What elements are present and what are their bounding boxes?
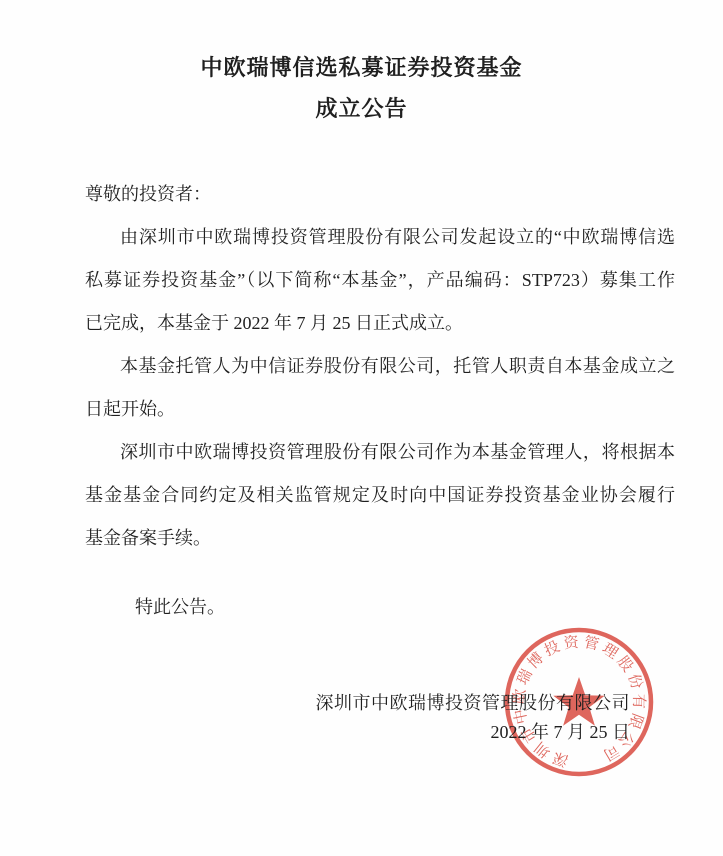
paragraph-line: 私募证券投资基金”（以下简称“本基金”，产品编码：STP723）募集工作	[85, 259, 675, 302]
paragraph-line: 本基金托管人为中信证券股份有限公司，托管人职责自本基金成立之	[85, 345, 675, 388]
paragraph-line: 日起开始。	[85, 388, 675, 431]
paragraph-line: 深圳市中欧瑞博投资管理股份有限公司作为本基金管理人，将根据本	[85, 431, 675, 474]
paragraph-line: 已完成，本基金于 2022 年 7 月 25 日正式成立。	[85, 302, 675, 345]
closing-statement: 特此公告。	[85, 586, 675, 629]
announcement-title: 成立公告	[0, 94, 723, 124]
fund-title: 中欧瑞博信选私募证券投资基金	[0, 53, 723, 83]
paragraph-line: 基金备案手续。	[85, 517, 675, 560]
greeting: 尊敬的投资者：	[85, 173, 675, 216]
announcement-document: 中欧瑞博信选私募证券投资基金 成立公告 尊敬的投资者： 由深圳市中欧瑞博投资管理…	[0, 0, 723, 856]
announcement-body: 尊敬的投资者： 由深圳市中欧瑞博投资管理股份有限公司发起设立的“中欧瑞博信选 私…	[85, 173, 675, 560]
signature-date: 2022 年 7 月 25 日	[491, 720, 631, 744]
paragraph-line: 基金基金合同约定及相关监管规定及时向中国证券投资基金业协会履行	[85, 474, 675, 517]
paragraph-line: 由深圳市中欧瑞博投资管理股份有限公司发起设立的“中欧瑞博信选	[85, 216, 675, 259]
signature-company: 深圳市中欧瑞博投资管理股份有限公司	[316, 691, 631, 715]
